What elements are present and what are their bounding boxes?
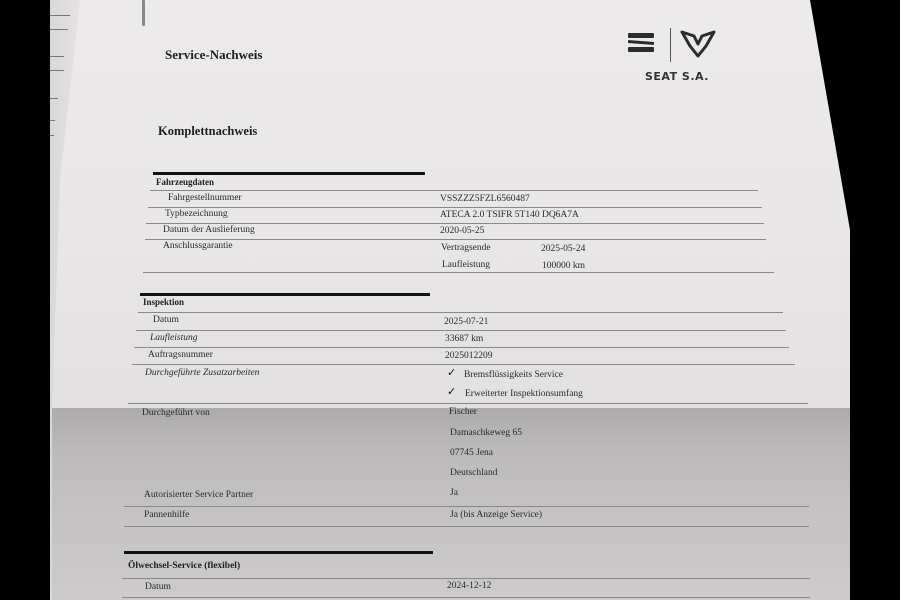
- dealer-country: Deutschland: [450, 468, 498, 478]
- row-divider: [150, 190, 758, 191]
- oil-service-date-value: 2024-12-12: [447, 581, 491, 591]
- field-label: Durchgeführte Zusatzarbeiten: [145, 368, 259, 378]
- cupra-logo-icon: [680, 30, 716, 58]
- row-divider: [124, 526, 809, 527]
- warranty-key: Vertragsende: [441, 243, 491, 253]
- row-divider: [134, 347, 789, 348]
- document-subtitle: Komplettnachweis: [158, 124, 257, 139]
- brand-name: SEAT S.A.: [645, 70, 709, 83]
- checkmark-icon: ✓: [447, 385, 456, 398]
- breakdown-help-value: Ja (bis Anzeige Service): [450, 510, 542, 520]
- field-label: Durchgeführt von: [142, 408, 210, 418]
- field-label: Autorisierter Service Partner: [144, 490, 253, 500]
- extra-work-item: Erweiterter Inspektionsumfang: [465, 389, 583, 399]
- document-title: Service-Nachweis: [165, 47, 262, 63]
- field-label: Anschlussgarantie: [163, 241, 233, 251]
- row-divider: [146, 223, 764, 224]
- row-divider: [124, 506, 809, 507]
- section-title-inspection: Inspektion: [143, 297, 184, 307]
- section-title-vehicle: Fahrzeugdaten: [156, 177, 214, 187]
- inspection-mileage-value: 33687 km: [445, 334, 483, 344]
- section-title-oil-service: Ölwechsel-Service (flexibel): [128, 561, 240, 571]
- extra-work-item: Bremsflüssigkeits Service: [464, 370, 563, 380]
- field-label: Auftragsnummer: [148, 350, 213, 360]
- field-label: Fahrgestellnummer: [168, 193, 242, 203]
- dealer-city: 07745 Jena: [450, 448, 493, 458]
- row-divider: [122, 578, 810, 579]
- authorized-partner-value: Ja: [450, 488, 458, 498]
- section-divider: [140, 293, 430, 296]
- inspection-date-value: 2025-07-21: [444, 317, 488, 327]
- row-divider: [148, 207, 762, 208]
- warranty-key: Laufleistung: [442, 260, 490, 270]
- field-label: Typbezeichnung: [165, 209, 228, 219]
- order-number-value: 2025012209: [445, 351, 493, 361]
- section-divider: [153, 172, 425, 175]
- row-divider: [132, 364, 795, 365]
- row-divider: [143, 272, 774, 273]
- row-divider: [136, 330, 786, 331]
- dealer-name: Fischer: [449, 407, 477, 417]
- delivery-date-value: 2020-05-25: [440, 226, 484, 236]
- staple: [142, 0, 145, 26]
- row-divider: [122, 597, 810, 598]
- row-divider: [145, 239, 766, 240]
- field-label: Laufleistung: [150, 333, 198, 343]
- field-label: Pannenhilfe: [144, 510, 189, 520]
- warranty-end-value: 2025-05-24: [541, 244, 585, 254]
- checkmark-icon: ✓: [447, 366, 456, 379]
- row-divider: [138, 312, 783, 313]
- field-label: Datum der Auslieferung: [163, 225, 255, 235]
- section-divider: [124, 551, 433, 554]
- seat-logo-icon: [628, 33, 654, 53]
- row-divider: [128, 403, 808, 404]
- field-label: Datum: [145, 582, 171, 592]
- vin-value: VSSZZZ5FZL6560487: [440, 194, 530, 204]
- logo-divider: [670, 28, 671, 62]
- warranty-mileage-value: 100000 km: [542, 261, 585, 271]
- field-label: Datum: [153, 315, 179, 325]
- dealer-street: Damaschkeweg 65: [450, 428, 522, 438]
- photo-of-document: Service-Nachweis SEAT S.A. Komplettnachw…: [0, 0, 900, 600]
- type-value: ATECA 2.0 TSIFR 5T140 DQ6A7A: [440, 210, 579, 220]
